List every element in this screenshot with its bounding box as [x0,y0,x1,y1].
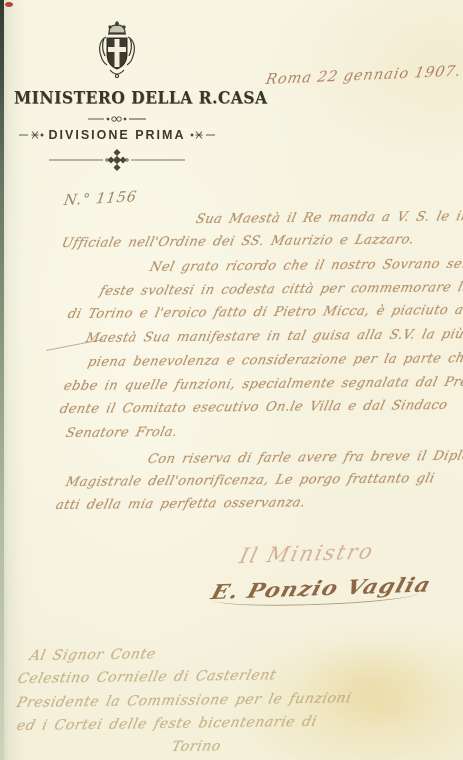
ministry-title: MINISTERO DELLA R.CASA [14,87,220,108]
body-line: dente il Comitato esecutivo On.le Villa … [58,398,449,417]
body-line: piena benevolenza e considerazione per l… [86,351,463,370]
body-line: Sua Maestà il Re manda a V. S. le insegn… [194,208,463,227]
recipient-line: Torino [170,738,223,755]
body-line: di Torino e l'eroico fatto di Pietro Mic… [66,303,463,322]
body-line: Senatore Frola. [64,425,179,441]
body-line: Con riserva di farle avere fra breve il … [146,448,463,467]
closing-role: Il Ministro [237,539,377,568]
division-ornament-left-icon [19,130,45,140]
body-line: atti della mia perfetta osservanza. [54,495,307,513]
scanned-letter-page: MINISTERO DELLA R.CASA [0,0,463,760]
recipient-line: Al Signor Conte [28,646,157,664]
recipient-line: Celestino Cornielle di Casterlent [16,667,278,687]
body-line: feste svoltesi in codesta città per comm… [98,279,463,299]
body-line: Nel grato ricordo che il nostro Sovrano … [148,256,463,275]
scan-left-edge [0,0,4,760]
protocol-number: N.° 1156 [63,189,139,209]
body-line: ebbe in quelle funzioni, specialmente se… [62,375,463,394]
division-title: DIVISIONE PRIMA [49,128,186,142]
division-ornament-right-icon [189,130,215,140]
division-row: DIVISIONE PRIMA [14,128,220,142]
recipient-line: ed i Cortei delle feste bicentenarie di [15,714,319,734]
dateline: Roma 22 gennaio 1907. [264,63,462,88]
ornament-divider-icon [88,114,146,124]
body-line: Maestà Sua manifestare in tal guisa alla… [84,327,463,346]
letterhead: MINISTERO DELLA R.CASA [14,20,220,172]
recipient-line: Presidente la Commissione per le funzion… [15,690,353,711]
fleuron-divider-icon [49,148,185,172]
red-marker-dot [5,2,13,7]
body-line: Magistrale dell'onorificenza, Le porgo f… [64,471,436,490]
savoy-coat-of-arms-icon [92,20,142,84]
body-line: Ufficiale nell'Ordine dei SS. Maurizio e… [60,232,416,251]
